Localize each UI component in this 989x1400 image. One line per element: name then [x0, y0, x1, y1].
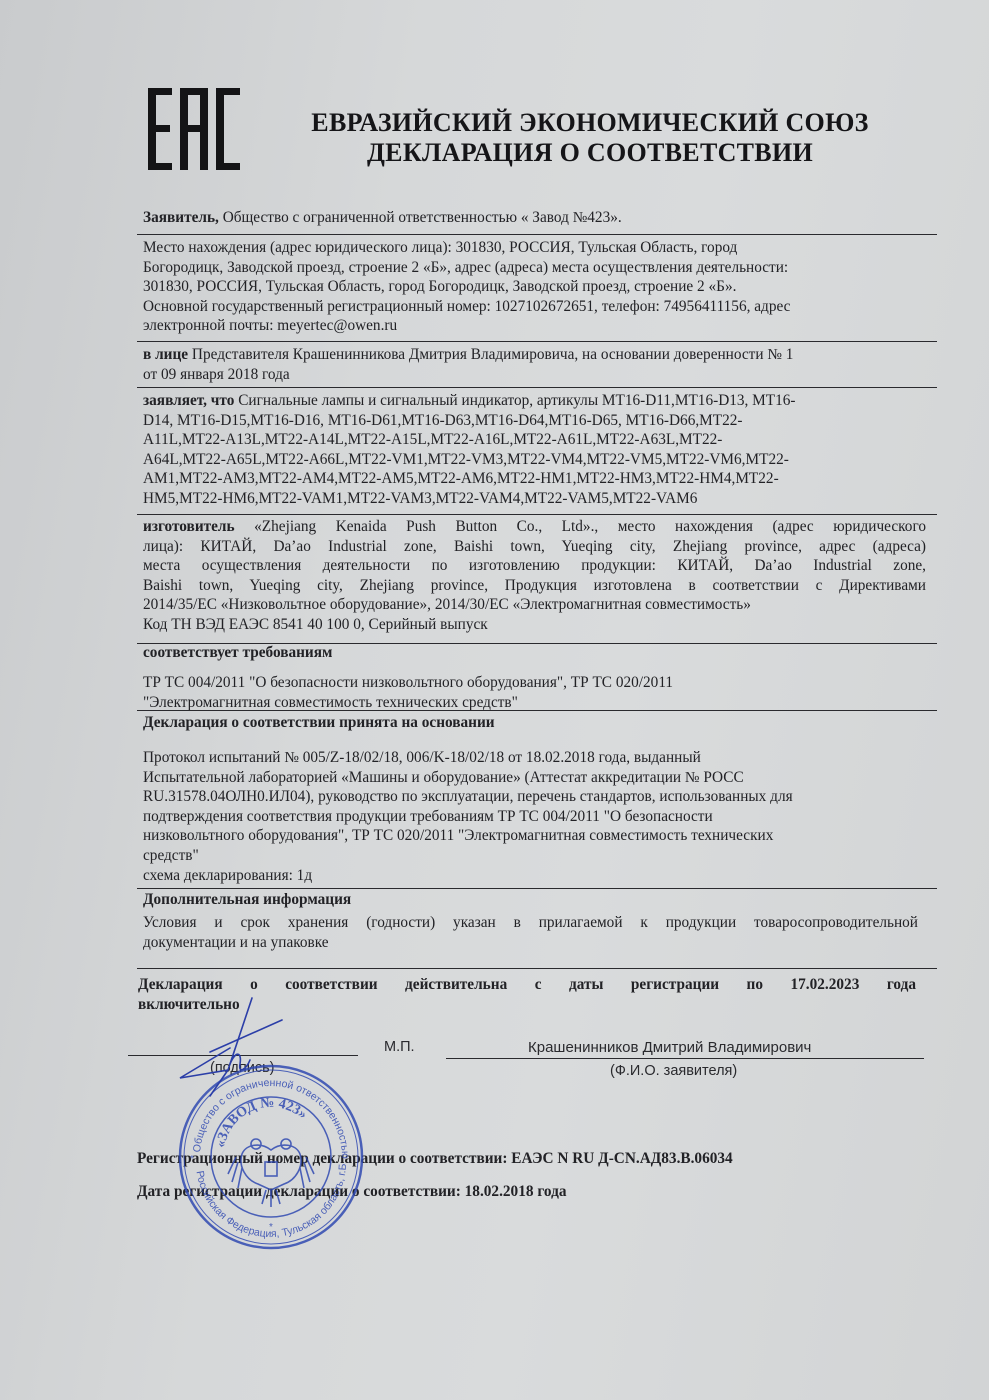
basis-heading: Декларация о соответствии принята на осн…: [143, 713, 943, 733]
basis-line: средств": [143, 846, 943, 866]
registration-number-value: ЕАЭС N RU Д-CN.АД83.В.06034: [511, 1150, 732, 1167]
additional-heading: Дополнительная информация: [143, 890, 943, 910]
signature-mark: [170, 990, 300, 1100]
additional-line: Условия и срок хранения (годности) указа…: [143, 913, 918, 933]
article-line: HM5,MT22-HM6,MT22-VAM1,MT22-VAM3,MT22-VA…: [143, 489, 943, 509]
divider: [137, 387, 937, 388]
representative-line: Представителя Крашенинникова Дмитрия Вла…: [188, 346, 793, 363]
address-line: электронной почты: meyertec@owen.ru: [143, 316, 943, 336]
basis-heading-text: Декларация о соответствии принята на осн…: [143, 714, 495, 731]
article-line: D14, MT16-D15,MT16-D16, MT16-D61,MT16-D6…: [143, 411, 943, 431]
applicant-row: Заявитель, Общество с ограниченной ответ…: [143, 208, 933, 228]
additional-line: документации и на упаковке: [143, 933, 918, 953]
manufacturer-line: лица): КИТАЙ, Da’ao Industrial zone, Bai…: [143, 537, 926, 557]
basis-block: Протокол испытаний № 005/Z-18/02/18, 006…: [143, 748, 943, 885]
manufacturer-line: Код ТН ВЭД ЕАЭС 8541 40 100 0, Серийный …: [143, 615, 926, 635]
divider: [137, 341, 937, 342]
manufacturer-line: 2014/35/ЕС «Низковольтное оборудование»,…: [143, 595, 926, 615]
name-line: [446, 1058, 924, 1059]
manufacturer-line: Baishi town, Yueqing city, Zhejiang prov…: [143, 576, 926, 596]
divider: [137, 968, 937, 969]
divider: [137, 710, 937, 711]
representative-label: в лице: [143, 346, 188, 363]
declares-line: Сигнальные лампы и сигнальный индикатор,…: [234, 392, 795, 409]
address-line: Основной государственный регистрационный…: [143, 297, 943, 317]
svg-text:*: *: [190, 1154, 194, 1165]
eac-logo: [148, 88, 240, 170]
manufacturer-block: изготовитель «Zhejiang Kenaida Push Butt…: [143, 517, 926, 634]
basis-line: Протокол испытаний № 005/Z-18/02/18, 006…: [143, 748, 943, 768]
manufacturer-line: «Zhejiang Kenaida Push Button Co., Ltd».…: [235, 518, 926, 535]
manufacturer-line: места осуществления деятельности по изго…: [143, 556, 926, 576]
document-title: ДЕКЛАРАЦИЯ О СООТВЕТСТВИИ: [270, 138, 910, 168]
basis-line: RU.31578.04ОЛН0.ИЛ04), руководство по эк…: [143, 787, 943, 807]
applicant-label: Заявитель,: [143, 209, 219, 226]
address-line: Богородицк, Заводской проезд, строение 2…: [143, 258, 943, 278]
divider: [137, 234, 937, 235]
address-line: Место нахождения (адрес юридического лиц…: [143, 238, 943, 258]
declares-block: заявляет, что Сигнальные лампы и сигналь…: [143, 391, 943, 508]
basis-line: Испытательной лабораторией «Машины и обо…: [143, 768, 943, 788]
representative-block: в лице Представителя Крашенинникова Дмит…: [143, 345, 943, 384]
conforms-heading: соответствует требованиям: [143, 643, 943, 663]
basis-line: подтверждения соответствия продукции тре…: [143, 807, 943, 827]
article-line: A64L,MT22-A65L,MT22-A66L,MT22-VM1,MT22-V…: [143, 450, 943, 470]
union-title: ЕВРАЗИЙСКИЙ ЭКОНОМИЧЕСКИЙ СОЮЗ: [270, 108, 910, 138]
article-line: AM1,MT22-AM3,MT22-AM4,MT22-AM5,MT22-AM6,…: [143, 469, 943, 489]
svg-text:*: *: [269, 1222, 273, 1233]
applicant-name: Крашенинников Дмитрий Владимирович: [528, 1039, 811, 1056]
representative-line: от 09 января 2018 года: [143, 365, 943, 385]
conforms-block: ТР ТС 004/2011 "О безопасности низковоль…: [143, 673, 943, 712]
manufacturer-label: изготовитель: [143, 518, 235, 535]
article-line: A11L,MT22-A13L,MT22-A14L,MT22-A15L,MT22-…: [143, 430, 943, 450]
declares-label: заявляет, что: [143, 392, 234, 409]
applicant-value: Общество с ограниченной ответственностью…: [219, 209, 622, 226]
address-block: Место нахождения (адрес юридического лиц…: [143, 238, 943, 336]
additional-block: Условия и срок хранения (годности) указа…: [143, 913, 918, 952]
additional-heading-text: Дополнительная информация: [143, 891, 351, 908]
conforms-line: ТР ТС 004/2011 "О безопасности низковоль…: [143, 673, 943, 693]
divider: [137, 514, 937, 515]
name-caption: (Ф.И.О. заявителя): [610, 1063, 737, 1079]
seal-label: М.П.: [384, 1039, 415, 1055]
conforms-heading-text: соответствует требованиям: [143, 644, 332, 661]
basis-line: низковольтного оборудования", ТР ТС 020/…: [143, 826, 943, 846]
registration-date-value: 18.02.2018 года: [465, 1183, 567, 1200]
declaration-scheme: схема декларирования: 1д: [143, 866, 943, 886]
address-line: 301830, РОССИЯ, Тульская Область, город …: [143, 277, 943, 297]
